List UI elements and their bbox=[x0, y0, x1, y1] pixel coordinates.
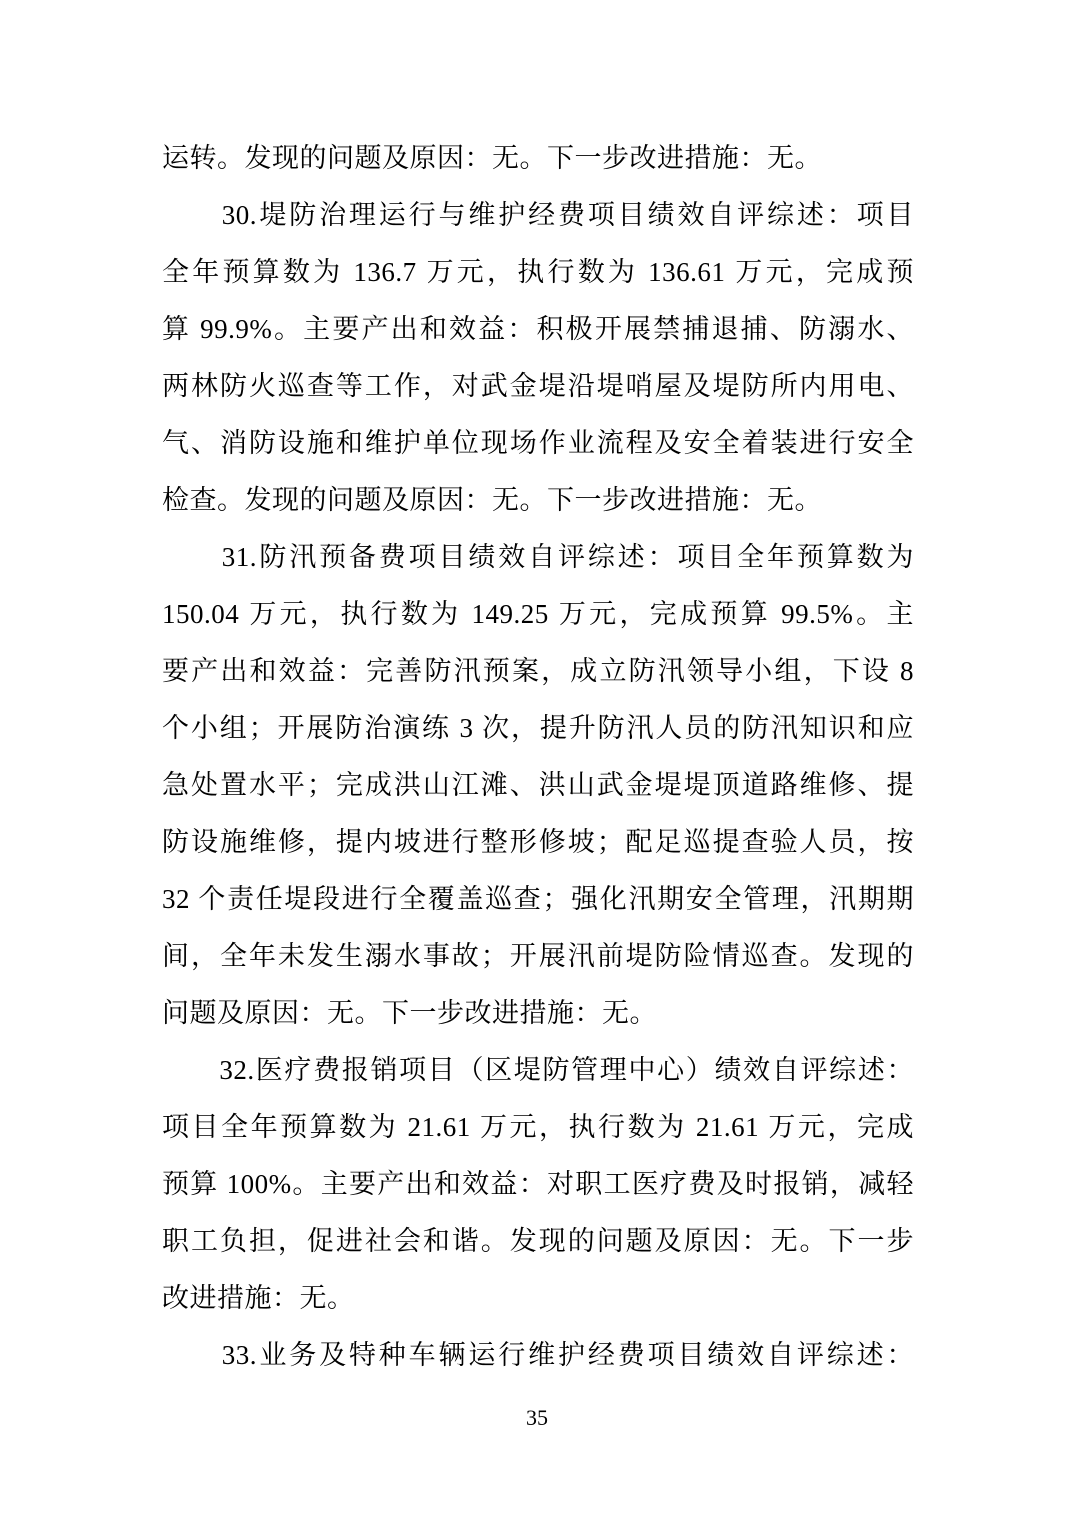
text-line: 要产出和效益：完善防汛预案，成立防汛领导小组，下设 8 bbox=[162, 643, 914, 700]
text-line: 预算 100%。主要产出和效益：对职工医疗费及时报销，减轻 bbox=[162, 1156, 914, 1213]
text-line: 防设施维修，提内坡进行整形修坡；配足巡提查验人员，按 bbox=[162, 814, 914, 871]
text-line: 问题及原因：无。下一步改进措施：无。 bbox=[162, 985, 914, 1042]
text-line: 32 个责任堤段进行全覆盖巡查；强化汛期安全管理，汛期期 bbox=[162, 871, 914, 928]
text-line: 急处置水平；完成洪山江滩、洪山武金堤堤顶道路维修、提 bbox=[162, 757, 914, 814]
text-line: 气、消防设施和维护单位现场作业流程及安全着装进行安全 bbox=[162, 415, 914, 472]
text-line: 改进措施：无。 bbox=[162, 1270, 914, 1327]
text-line: 职工负担，促进社会和谐。发现的问题及原因：无。下一步 bbox=[162, 1213, 914, 1270]
text-line: 项目全年预算数为 21.61 万元，执行数为 21.61 万元，完成 bbox=[162, 1099, 914, 1156]
text-line: 个小组；开展防治演练 3 次，提升防汛人员的防汛知识和应 bbox=[162, 700, 914, 757]
text-line: 全年预算数为 136.7 万元，执行数为 136.61 万元，完成预 bbox=[162, 244, 914, 301]
text-line: 两林防火巡查等工作，对武金堤沿堤哨屋及堤防所内用电、 bbox=[162, 358, 914, 415]
page-number: 35 bbox=[0, 1403, 1074, 1433]
text-line: 31.防汛预备费项目绩效自评综述：项目全年预算数为 bbox=[162, 529, 914, 586]
text-line: 运转。发现的问题及原因：无。下一步改进措施：无。 bbox=[162, 130, 914, 187]
text-line: 检查。发现的问题及原因：无。下一步改进措施：无。 bbox=[162, 472, 914, 529]
document-page: 运转。发现的问题及原因：无。下一步改进措施：无。 30.堤防治理运行与维护经费项… bbox=[0, 0, 1074, 1520]
text-line: 32.医疗费报销项目（区堤防管理中心）绩效自评综述： bbox=[162, 1042, 914, 1099]
text-line: 间，全年未发生溺水事故；开展汛前堤防险情巡查。发现的 bbox=[162, 928, 914, 985]
text-line: 33.业务及特种车辆运行维护经费项目绩效自评综述： bbox=[162, 1327, 914, 1384]
document-body: 运转。发现的问题及原因：无。下一步改进措施：无。 30.堤防治理运行与维护经费项… bbox=[162, 130, 914, 1384]
text-line: 算 99.9%。主要产出和效益：积极开展禁捕退捕、防溺水、 bbox=[162, 301, 914, 358]
text-line: 30.堤防治理运行与维护经费项目绩效自评综述：项目 bbox=[162, 187, 914, 244]
text-line: 150.04 万元，执行数为 149.25 万元，完成预算 99.5%。主 bbox=[162, 586, 914, 643]
